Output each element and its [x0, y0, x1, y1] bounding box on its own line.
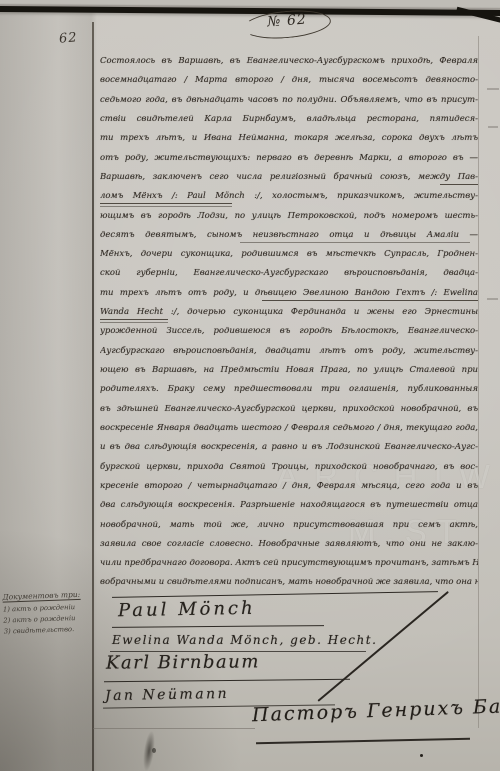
- manuscript-line: ствіи свидѣтелей Карла Бирнбаумъ, владѣл…: [100, 110, 478, 129]
- manuscript-line: ской губерніи, Евангелическо-Аугсбургска…: [100, 264, 478, 283]
- manuscript-line: два слѣдующія воскресенія. Разрѣшеніе на…: [100, 496, 478, 515]
- manuscript-line: заявила свое согласіе словесно. Новобрач…: [100, 535, 478, 554]
- underline-mark: [440, 184, 478, 185]
- manuscript-line: Состоялось въ Варшавѣ, въ Евангелическо-…: [100, 52, 478, 71]
- manuscript-line: воскресеніе Января двадцать шестого / Фе…: [100, 419, 478, 438]
- ink-smudge-dot: [152, 748, 156, 753]
- manuscript-line: урожденной Зиссель, родившеюся въ городѣ…: [100, 322, 478, 341]
- manuscript-line: новобрачной, мать той же, лично присутст…: [100, 516, 478, 535]
- manuscript-line: Мёнхъ, дочери суконщика, родившимся въ м…: [100, 245, 478, 264]
- signature-groom: Paul Mönch: [118, 598, 256, 621]
- documents-margin-note: Документовъ три: 1) актъ о рожденіи 2) а…: [2, 581, 94, 637]
- manuscript-line: отъ роду, жительствующихъ: перваго въ де…: [100, 149, 478, 168]
- manuscript-line: ющимъ въ городѣ Лодзи, по улицѣ Петроков…: [100, 207, 478, 226]
- faint-rule-line: [93, 728, 255, 729]
- document-scan-page: ARCHIW M.ST № 62 62 Состоялось въ Варшав…: [0, 0, 500, 771]
- manuscript-line: чили предбрачнаго договора. Актъ сей при…: [100, 554, 478, 573]
- manuscript-line: въ здѣшней Евангелическо-Аугсбургской це…: [100, 400, 478, 419]
- manuscript-line: ти трехъ лѣтъ, и Ивана Нейманна, токаря …: [100, 129, 478, 148]
- manuscript-line: родителяхъ. Браку сему предшествовали тр…: [100, 380, 478, 399]
- manuscript-line: седьмого года, въ двѣнадцать часовъ по п…: [100, 91, 478, 110]
- margin-note-heading: Документовъ три:: [2, 590, 80, 603]
- margin-rule-line: [92, 22, 94, 771]
- underline-mark: [262, 300, 478, 301]
- right-edge-line: [478, 36, 479, 728]
- manuscript-line: восемнадцатаго / Марта второго / дня, ты…: [100, 71, 478, 90]
- edge-mark: [488, 126, 498, 128]
- underline-mark: [100, 319, 168, 320]
- signature-pastor: Пасторъ Генрихъ Бартъ: [252, 694, 500, 726]
- signature-witness-1: Karl Birnbaum: [106, 651, 260, 673]
- underline-mark: [100, 206, 232, 207]
- signature-bride: Ewelina Wanda Mönch, geb. Hecht.: [112, 633, 377, 647]
- underline-mark: [240, 242, 470, 243]
- signature-witness-2: Jan Neümann: [105, 686, 229, 704]
- manuscript-line: вобрачными и свидѣтелями подписанъ, мать…: [100, 573, 478, 592]
- manuscript-line: и въ два слѣдующія воскресенія, а равно …: [100, 438, 478, 457]
- manuscript-line: Варшавѣ, заключенъ сего числа религіозны…: [100, 168, 478, 187]
- edge-mark: [487, 298, 498, 300]
- manuscript-line: кресеніе второго / четырнадцатаго / дня,…: [100, 477, 478, 496]
- manuscript-line: ющею въ Варшавѣ, на Предмѣстіи Новая Пра…: [100, 361, 478, 380]
- manuscript-line: Аугсбургскаго вѣроисповѣданія, двадцати …: [100, 342, 478, 361]
- underline-mark: [100, 322, 168, 323]
- pastor-ink-dot: [420, 754, 423, 757]
- pastor-flourish: [256, 738, 470, 744]
- margin-act-number: 62: [58, 30, 78, 47]
- underline-mark: [100, 203, 232, 204]
- edge-mark: [487, 88, 499, 90]
- manuscript-line: бургской церкви, прихода Святой Троицы, …: [100, 458, 478, 477]
